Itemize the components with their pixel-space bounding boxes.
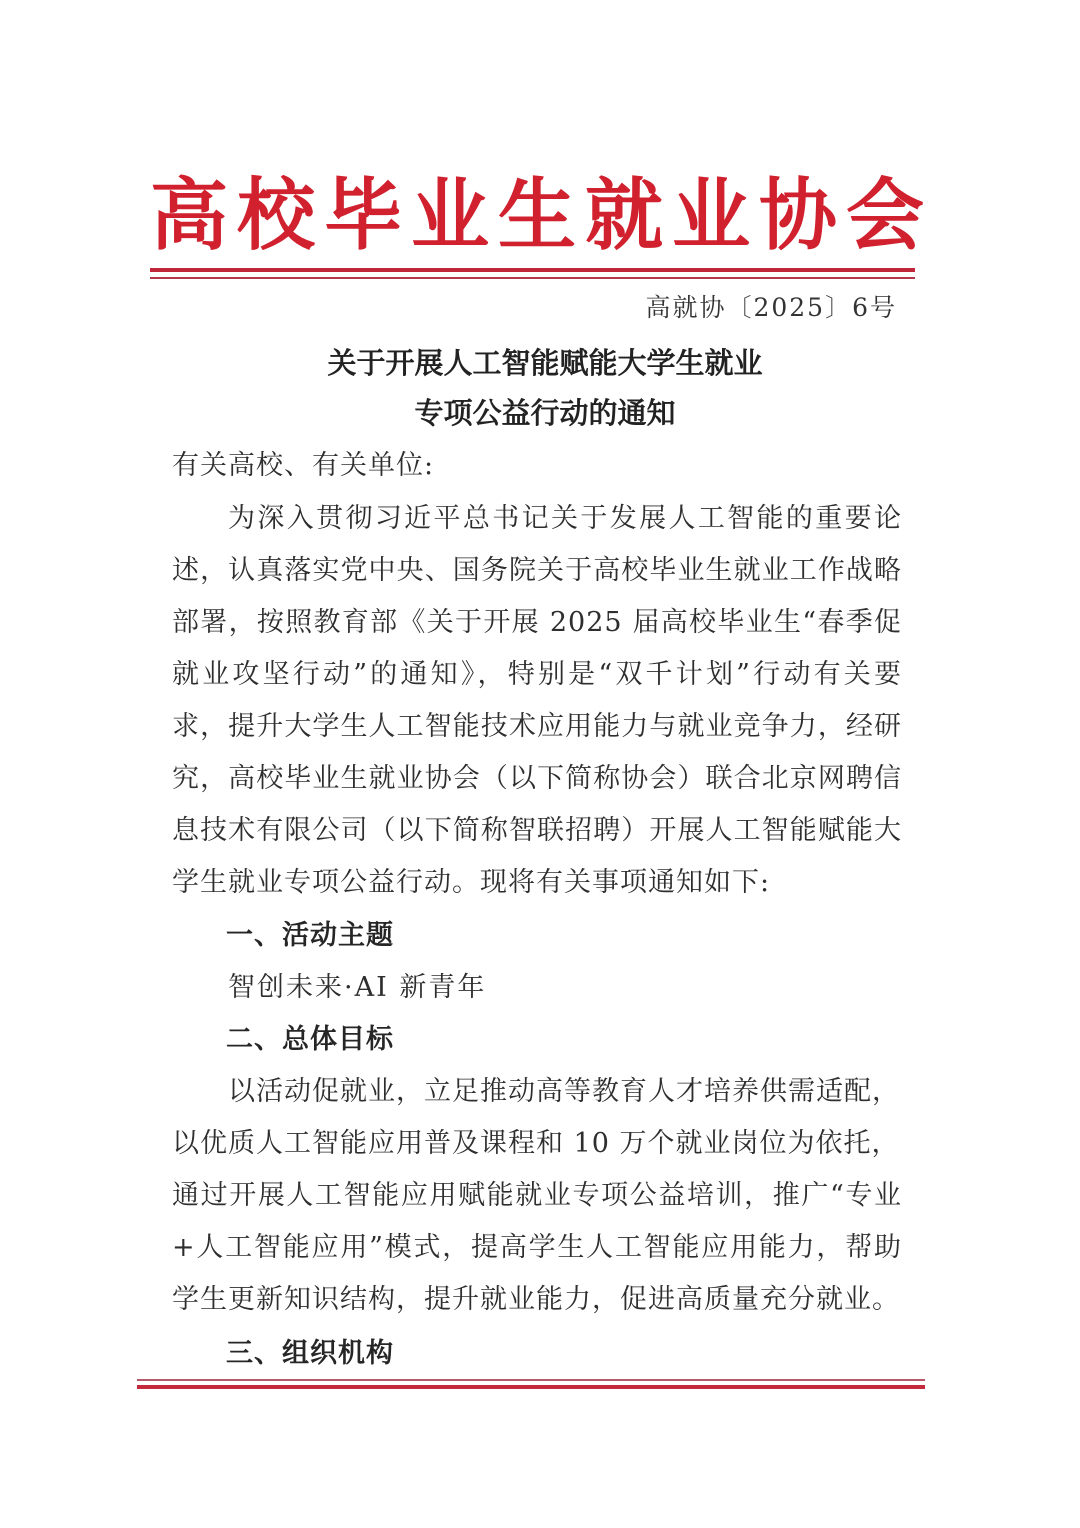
paragraph-line: 息技术有限公司（以下简称智联招聘）开展人工智能赋能大 [172, 811, 902, 851]
masthead-rule-thin [150, 277, 915, 279]
footer-rule-thick [137, 1385, 925, 1389]
paragraph-line: 述，认真落实党中央、国务院关于高校毕业生就业工作战略 [172, 551, 902, 591]
paragraph-line: 为深入贯彻习近平总书记关于发展人工智能的重要论 [228, 499, 902, 539]
notice-title-line-2: 专项公益行动的通知 [195, 393, 895, 433]
paragraph-line: 以活动促就业，立足推动高等教育人才培养供需适配， [228, 1072, 902, 1112]
salutation: 有关高校、有关单位: [172, 446, 902, 486]
paragraph-line: 究，高校毕业生就业协会（以下简称协会）联合北京网聘信 [172, 759, 902, 799]
section-heading-organization: 三、组织机构 [226, 1334, 394, 1374]
section-heading-theme: 一、活动主题 [226, 916, 394, 956]
section-heading-goals: 二、总体目标 [226, 1020, 394, 1060]
paragraph-line: 部署，按照教育部《关于开展 2025 届高校毕业生“春季促 [172, 603, 902, 643]
masthead-rule-thick [150, 268, 915, 272]
masthead-title: 高校毕业生就业协会 [150, 168, 910, 264]
paragraph-line: +人工智能应用”模式，提高学生人工智能应用能力，帮助 [172, 1228, 902, 1268]
document-page: 高校毕业生就业协会 高就协〔2025〕6号 关于开展人工智能赋能大学生就业 专项… [0, 0, 1080, 1528]
paragraph-line: 以优质人工智能应用普及课程和 10 万个就业岗位为依托， [172, 1124, 902, 1164]
theme-text: 智创未来·AI 新青年 [228, 968, 486, 1008]
paragraph-line: 学生就业专项公益行动。现将有关事项通知如下: [172, 863, 902, 903]
paragraph-line: 求，提升大学生人工智能技术应用能力与就业竞争力，经研 [172, 707, 902, 747]
footer-rule-thin [137, 1379, 925, 1381]
document-number: 高就协〔2025〕6号 [645, 290, 897, 326]
paragraph-line: 通过开展人工智能应用赋能就业专项公益培训，推广“专业 [172, 1176, 902, 1216]
paragraph-line: 学生更新知识结构，提升就业能力，促进高质量充分就业。 [172, 1280, 902, 1320]
paragraph-line: 就业攻坚行动”的通知》，特别是“双千计划”行动有关要 [172, 655, 902, 695]
notice-title-line-1: 关于开展人工智能赋能大学生就业 [195, 343, 895, 383]
